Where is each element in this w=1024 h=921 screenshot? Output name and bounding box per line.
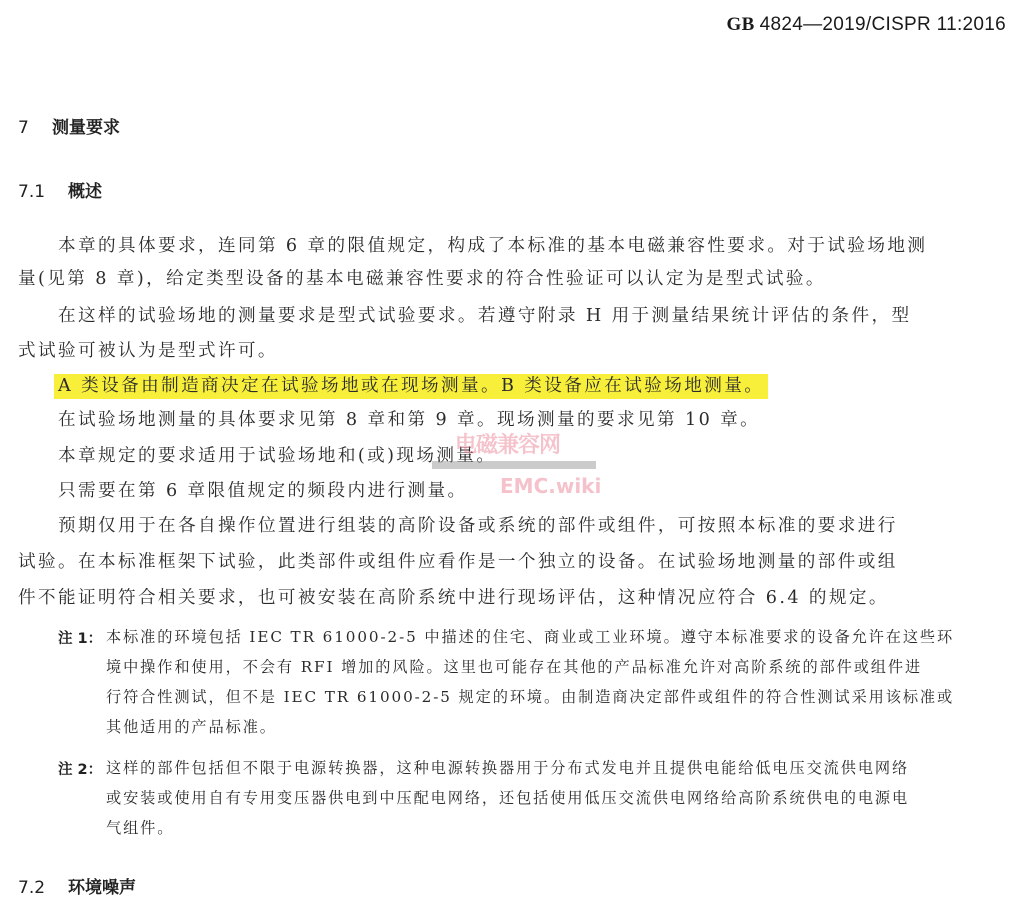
section-title: 环境噪声 <box>68 878 136 898</box>
section-title: 概述 <box>68 182 102 202</box>
standard-prefix: GB <box>727 14 755 35</box>
section-number: 7.1 <box>18 182 68 202</box>
note-2-line: 这样的部件包括但不限于电源转换器，这种电源转换器用于分布式发电并且提供电能给低电… <box>106 757 909 778</box>
paragraph-line: 量(见第 8 章)，给定类型设备的基本电磁兼容性要求的符合性验证可以认定为是型式… <box>18 265 826 290</box>
paragraph-line: 在试验场地测量的具体要求见第 8 章和第 9 章。现场测量的要求见第 10 章。 <box>58 406 760 431</box>
section-7-heading: 7测量要求 <box>18 113 120 138</box>
paragraph-line: 本章规定的要求适用于试验场地和(或)现场测量。 <box>58 442 496 467</box>
note-2-label: 注 2： <box>58 758 102 779</box>
section-title: 测量要求 <box>52 118 120 138</box>
paragraph-line: 本章的具体要求，连同第 6 章的限值规定，构成了本标准的基本电磁兼容性要求。对于… <box>58 232 927 257</box>
watermark-url: EMC.wiki <box>500 474 601 498</box>
note-1-line: 行符合性测试，但不是 IEC TR 61000-2-5 规定的环境。由制造商决定… <box>106 686 954 707</box>
paragraph-line: 试验。在本标准框架下试验，此类部件或组件应看作是一个独立的设备。在试验场地测量的… <box>18 548 898 573</box>
note-1-line: 其他适用的产品标准。 <box>106 716 277 737</box>
paragraph-line: 件不能证明符合相关要求，也可被安装在高阶系统中进行现场评估，这种情况应符合 6.… <box>18 584 889 609</box>
paragraph-line: 式试验可被认为是型式许可。 <box>18 337 278 362</box>
highlighted-paragraph: A 类设备由制造商决定在试验场地或在现场测量。B 类设备应在试验场地测量。 <box>58 372 768 397</box>
standard-number: 4824—2019/CISPR 11:2016 <box>760 14 1006 35</box>
standard-code-header: GB 4824—2019/CISPR 11:2016 <box>727 14 1006 36</box>
note-1-line: 本标准的环境包括 IEC TR 61000-2-5 中描述的住宅、商业或工业环境… <box>106 626 954 647</box>
note-1-label: 注 1： <box>58 627 102 648</box>
note-1-line: 境中操作和使用，不会有 RFI 增加的风险。这里也可能存在其他的产品标准允许对高… <box>106 656 922 677</box>
section-number: 7.2 <box>18 878 68 898</box>
section-7-1-heading: 7.1概述 <box>18 177 102 202</box>
section-number: 7 <box>18 118 52 138</box>
paragraph-line: 在这样的试验场地的测量要求是型式试验要求。若遵守附录 H 用于测量结果统计评估的… <box>58 302 911 327</box>
watermark-bar <box>432 461 596 469</box>
paragraph-line: 只需要在第 6 章限值规定的频段内进行测量。 <box>58 477 467 502</box>
yellow-highlight: A 类设备由制造商决定在试验场地或在现场测量。B 类设备应在试验场地测量。 <box>54 374 768 399</box>
note-2-line: 气组件。 <box>106 817 174 838</box>
note-2-line: 或安装或使用自有专用变压器供电到中压配电网络，还包括使用低压交流供电网络给高阶系… <box>106 787 909 808</box>
paragraph-line: 预期仅用于在各自操作位置进行组装的高阶设备或系统的部件或组件，可按照本标准的要求… <box>58 512 898 537</box>
section-7-2-heading: 7.2环境噪声 <box>18 873 136 898</box>
